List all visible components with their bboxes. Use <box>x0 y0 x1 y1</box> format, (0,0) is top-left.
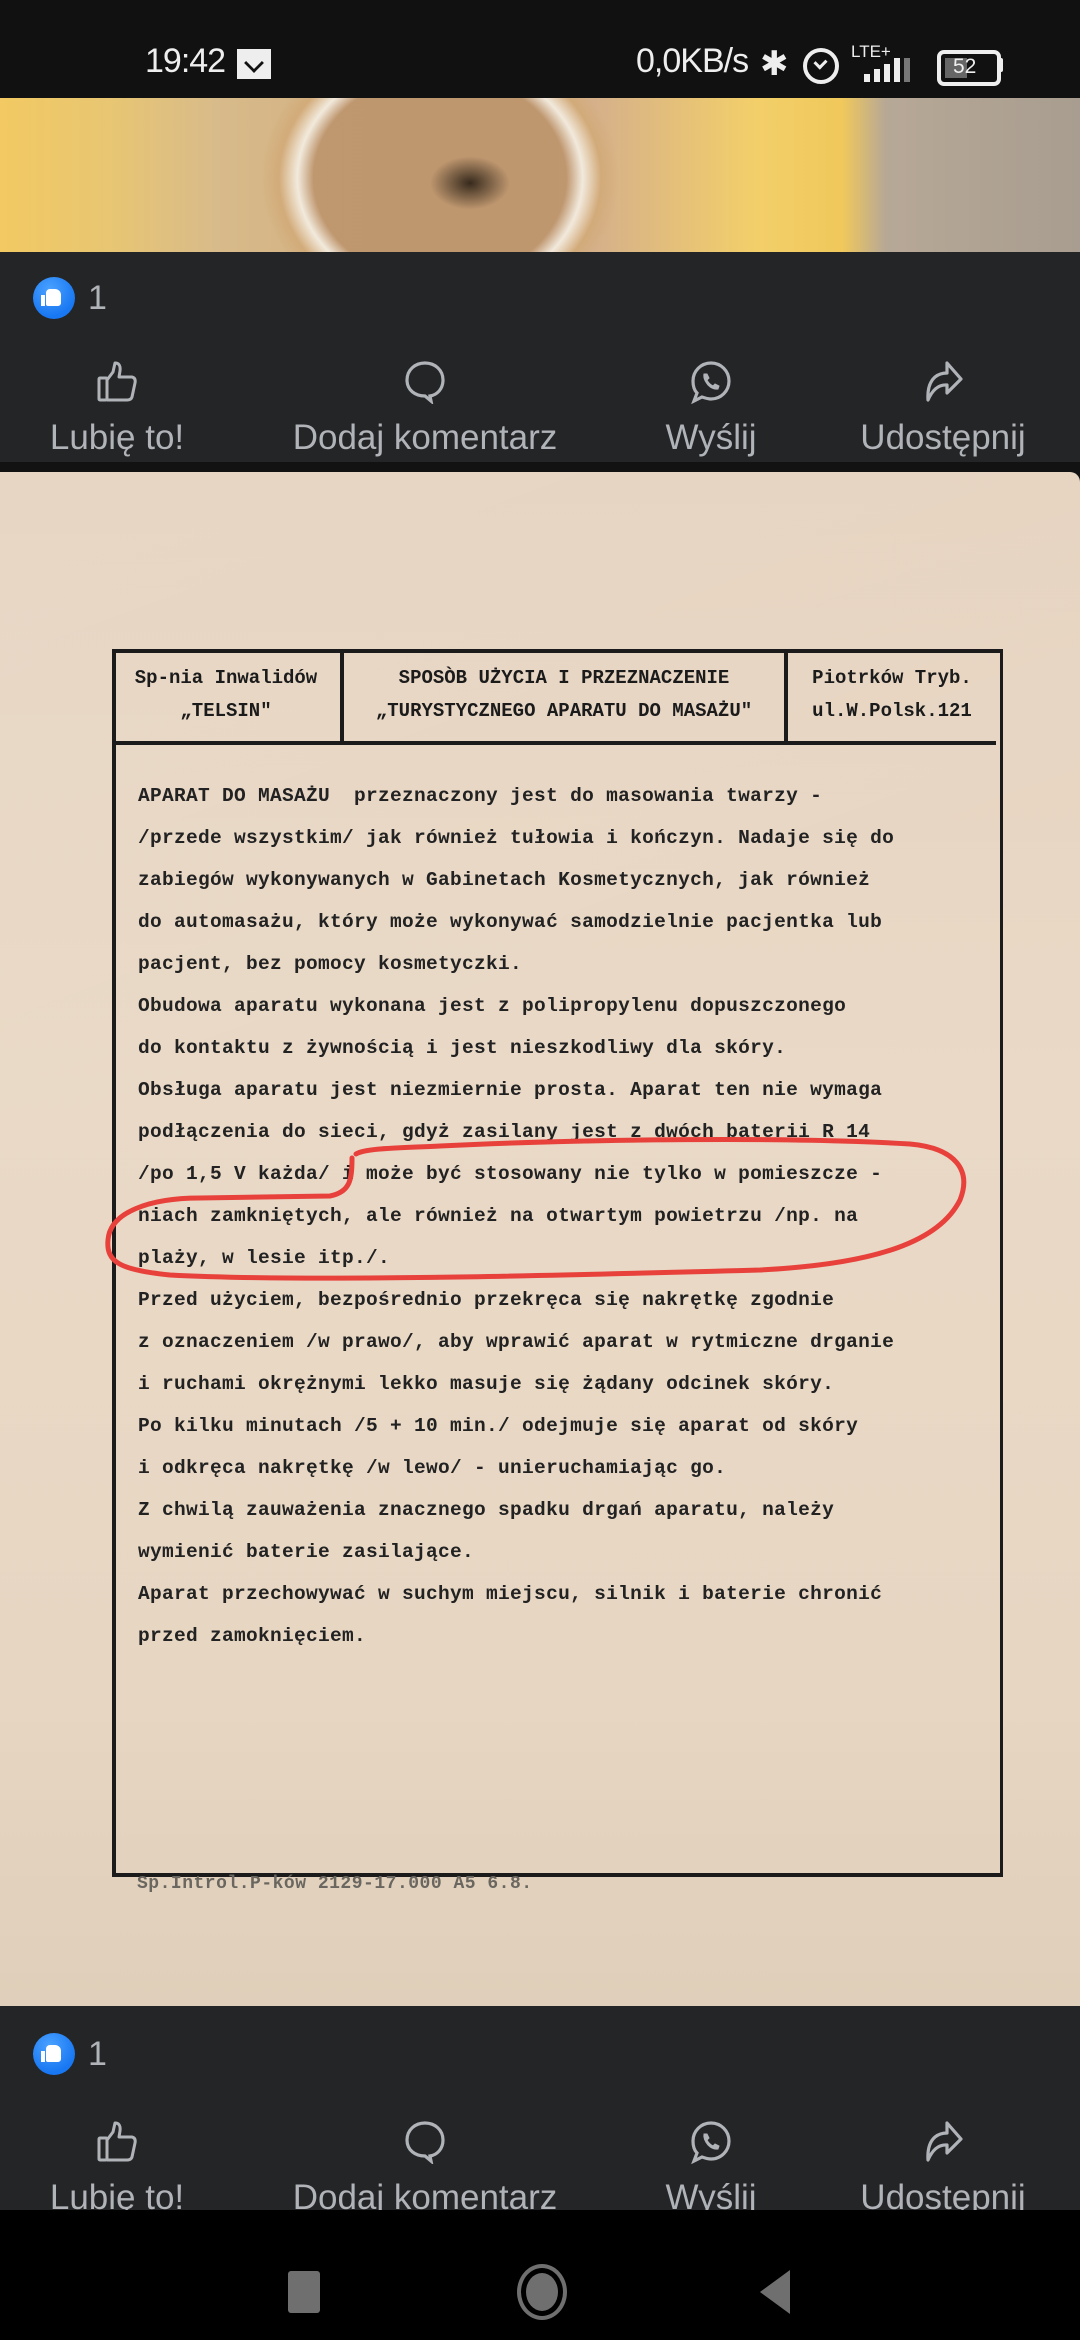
comment-button-label: Dodaj komentarz <box>290 418 560 458</box>
clock: 19:42 <box>145 42 225 81</box>
document-footer-print-code: Sp.Introl.P-ków 2129-17.000 A5 6.8. <box>137 1874 533 1894</box>
battery-level: 52 <box>953 55 976 79</box>
share-button-label: Udostępnij <box>808 418 1078 458</box>
thumbs-up-icon <box>95 2120 139 2164</box>
like-count[interactable]: 1 <box>88 279 107 318</box>
share-icon <box>921 360 965 404</box>
recents-button[interactable] <box>288 2271 320 2313</box>
header-company: Sp-nia Inwalidów „TELSIN" <box>112 649 344 741</box>
document-line: Aparat przechowywać w suchym miejscu, si… <box>138 1573 978 1615</box>
document-line: Z chwilą zauważenia znacznego spadku drg… <box>138 1489 978 1531</box>
whatsapp-icon <box>689 360 733 404</box>
document-line: niach zamkniętych, ale również na otwart… <box>138 1195 978 1237</box>
network-speed: 0,0KB/s <box>636 42 748 81</box>
document-line: do kontaktu z żywnością i jest nieszkodl… <box>138 1027 978 1069</box>
document-line: Przed użyciem, bezpośrednio przekręca si… <box>138 1279 978 1321</box>
document-line: Obsługa aparatu jest niezmiernie prosta.… <box>138 1069 978 1111</box>
document-line: i odkręca nakrętkę /w lewo/ - unierucham… <box>138 1447 978 1489</box>
mail-icon <box>237 49 271 79</box>
document-line: /po 1,5 V każda/ i może być stosowany ni… <box>138 1153 978 1195</box>
document-body: APARAT DO MASAŻU przeznaczony jest do ma… <box>138 775 978 1657</box>
like-count[interactable]: 1 <box>88 2035 107 2074</box>
comment-icon <box>403 2120 447 2164</box>
home-button[interactable] <box>517 2264 567 2320</box>
document-line: APARAT DO MASAŻU przeznaczony jest do ma… <box>138 775 978 817</box>
header-address: Piotrków Tryb. ul.W.Polsk.121 <box>788 649 996 741</box>
document-line: z oznaczeniem /w prawo/, aby wprawić apa… <box>138 1321 978 1363</box>
like-button-label: Lubię to! <box>0 418 252 458</box>
post-actions-bar-top: 1 Lubię to! Dodaj komentarz Wyślij Udost… <box>0 252 1080 462</box>
document-line: pacjent, bez pomocy kosmetyczki. <box>138 943 978 985</box>
send-button-label: Wyślij <box>576 418 846 458</box>
status-bar: 19:42 0,0KB/s ✱ LTE+ 52 <box>0 0 1080 98</box>
like-reaction-icon[interactable] <box>33 2033 75 2075</box>
whatsapp-icon <box>689 2120 733 2164</box>
document-line: zabiegów wykonywanych w Gabinetach Kosme… <box>138 859 978 901</box>
document-header: Sp-nia Inwalidów „TELSIN" SPOSÒB UŻYCIA … <box>112 649 996 745</box>
previous-post-photo[interactable] <box>0 98 1080 252</box>
battery-icon: 52 <box>937 50 1001 86</box>
bluetooth-icon: ✱ <box>760 44 789 84</box>
like-reaction-icon[interactable] <box>33 277 75 319</box>
document-line: przed zamoknięciem. <box>138 1615 978 1657</box>
share-icon <box>921 2120 965 2164</box>
back-button[interactable] <box>760 2270 790 2314</box>
document-line: /przede wszystkim/ jak również tułowia i… <box>138 817 978 859</box>
document-line: podłączenia do sieci, gdyż zasilany jest… <box>138 1111 978 1153</box>
post-actions-bar-bottom: 1 Lubię to! Dodaj komentarz Wyślij Udost… <box>0 2006 1080 2210</box>
document-line: Obudowa aparatu wykonana jest z poliprop… <box>138 985 978 1027</box>
alarm-icon <box>803 48 839 84</box>
signal-icon <box>848 58 912 82</box>
document-line: do automasażu, który może wykonywać samo… <box>138 901 978 943</box>
header-title: SPOSÒB UŻYCIA I PRZEZNACZENIE „TURYSTYCZ… <box>344 649 788 741</box>
document-line: plaży, w lesie itp./. <box>138 1237 978 1279</box>
document-line: wymienić baterie zasilające. <box>138 1531 978 1573</box>
thumbs-up-icon <box>95 360 139 404</box>
document-line: i ruchami okrężnymi lekko masuje się żąd… <box>138 1363 978 1405</box>
comment-icon <box>403 360 447 404</box>
battery-tip <box>999 58 1003 72</box>
document-line: Po kilku minutach /5 + 10 min./ odejmuje… <box>138 1405 978 1447</box>
